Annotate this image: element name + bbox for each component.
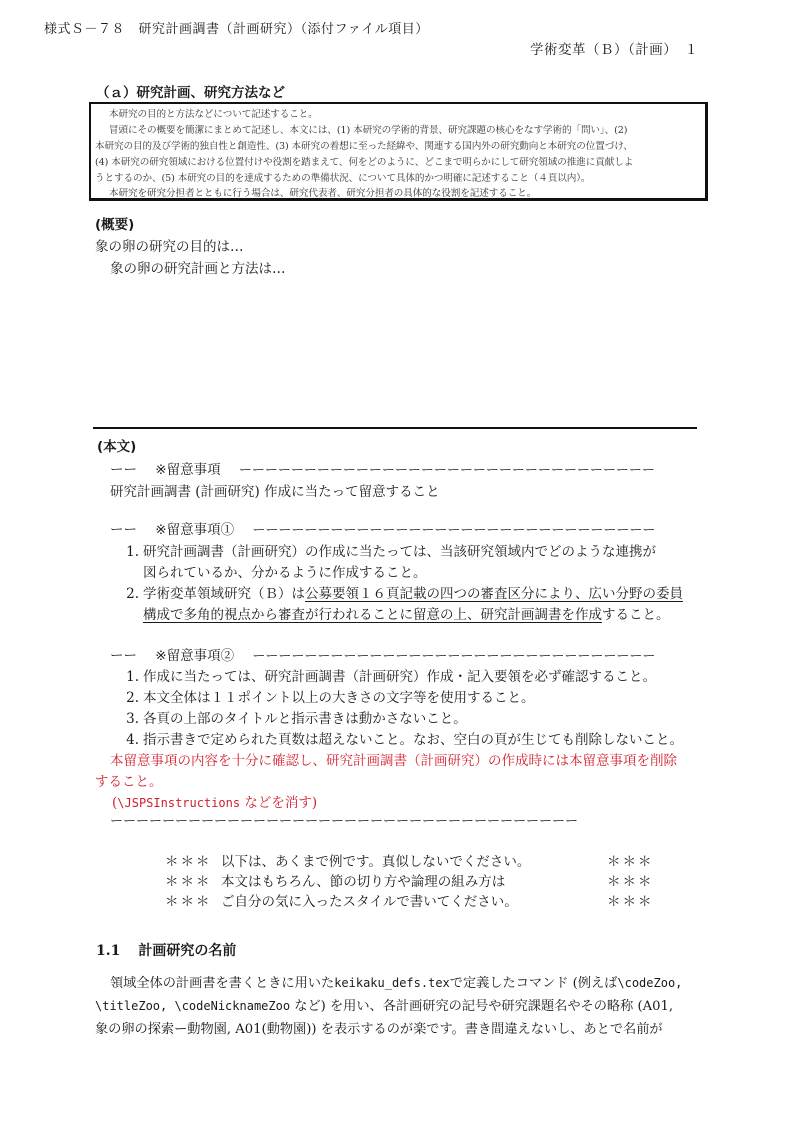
- stars-right: ＊＊＊: [607, 850, 663, 870]
- note-text: 以下は、あくまで例です。真似しないでください。: [221, 850, 607, 870]
- red-notice-line: すること。: [95, 770, 163, 790]
- item-text: 各頁の上部のタイトルと指示書きは動かさないこと。: [143, 711, 467, 727]
- item-text: 指示書きで定められた頁数は超えないこと。なお、空白の頁が生じても削除しないこと。: [143, 732, 683, 748]
- dash-prefix: ーー: [110, 462, 137, 478]
- notice1-header: ーー ※留意事項① ーーーーーーーーーーーーーーーーーーーーーーーーーーーーーー…: [110, 518, 655, 538]
- header-right-label: 学術変革（Ｂ）（計画） １: [530, 38, 699, 58]
- body-heading: (本文): [97, 435, 136, 455]
- notice2-item-2: 2.本文全体は１１ポイント以上の大きさの文字等を使用すること。: [117, 686, 535, 706]
- item-text: 研究計画調書（計画研究）の作成に当たっては、当該研究領域内でどのような連携が: [143, 544, 656, 560]
- instruction-line: 本研究の目的と方法などについて記述すること。: [109, 106, 318, 120]
- notice-header: ーー ※留意事項 ーーーーーーーーーーーーーーーーーーーーーーーーーーーーーーー…: [110, 458, 655, 478]
- item-text-underlined: 構成で多角的視点から審査が行われることに留意の上、研究計画調書を作成: [143, 607, 602, 623]
- instruction-line: 本研究を研究分担者とともに行う場合は、研究代表者、研究分担者の具体的な役割を記述…: [109, 185, 536, 199]
- notice-label: ※留意事項: [155, 462, 220, 478]
- section-divider: [93, 427, 697, 429]
- notice2-item-4: 4.指示書きで定められた頁数は超えないこと。なお、空白の頁が生じても削除しないこ…: [117, 728, 683, 748]
- red-notice-line: 本留意事項の内容を十分に確認し、研究計画調書（計画研究）の作成時には本留意事項を…: [110, 749, 677, 769]
- code-command: \codeZoo,: [617, 976, 682, 990]
- code-command: \JSPSInstructions: [117, 796, 240, 810]
- item-number: 2.: [117, 586, 139, 602]
- summary-line: 象の卵の研究計画と方法は…: [110, 257, 286, 277]
- notice1-item-1: 1.研究計画調書（計画研究）の作成に当たっては、当該研究領域内でどのような連携が: [117, 540, 656, 560]
- example-note-row: ＊＊＊本文はもちろん、節の切り方や論理の組み方は＊＊＊: [165, 870, 663, 890]
- note-text: 本文はもちろん、節の切り方や論理の組み方は: [221, 870, 607, 890]
- example-note-row: ＊＊＊以下は、あくまで例です。真似しないでください。＊＊＊: [165, 850, 663, 870]
- item-text-underlined: 公募要領１６頁記載の四つの審査区分により、広い分野の委員: [305, 586, 683, 602]
- dash-prefix: ーー: [110, 648, 137, 664]
- dash-line: ーーーーーーーーーーーーーーーーーーーーーーーーーーーーーーー: [252, 649, 655, 664]
- notice2-label: ※留意事項②: [155, 648, 234, 664]
- notice1-label: ※留意事項①: [155, 522, 234, 538]
- red-notice-line: (\JSPSInstructions などを消す): [112, 791, 317, 811]
- instruction-box: 本研究の目的と方法などについて記述すること。 冒頭にその概要を簡潔にまとめて記述…: [89, 102, 708, 201]
- item-number: 2.: [117, 690, 139, 706]
- subsection-heading: 1.1計画研究の名前: [96, 940, 236, 960]
- red-notice-text: などを消す): [240, 795, 317, 811]
- item-number: 1.: [117, 669, 139, 685]
- para-text: など) を用い、各計画研究の記号や研究課題名やその略称 (A01,: [290, 999, 673, 1014]
- notice1-item-2: 2.学術変革領域研究（Ｂ）は公募要領１６頁記載の四つの審査区分により、広い分野の…: [117, 582, 683, 602]
- item-number: 4.: [117, 732, 139, 748]
- item-text: すること。: [602, 607, 670, 623]
- item-text: 作成に当たっては、研究計画調書（計画研究）作成・記入要領を必ず確認すること。: [143, 669, 656, 685]
- stars-right: ＊＊＊: [607, 870, 663, 890]
- item-text: 学術変革領域研究（Ｂ）は: [143, 586, 305, 602]
- stars-left: ＊＊＊: [165, 890, 221, 910]
- code-command: \titleZoo,: [95, 999, 167, 1013]
- stars-left: ＊＊＊: [165, 870, 221, 890]
- notice2-item-3: 3.各頁の上部のタイトルと指示書きは動かさないこと。: [117, 707, 467, 727]
- para-text: で定義したコマンド (例えば: [450, 976, 618, 991]
- closing-dash-line: ーーーーーーーーーーーーーーーーーーーーーーーーーーーーーーーーーーーー: [110, 810, 578, 829]
- notice1-item-2-cont: 構成で多角的視点から審査が行われることに留意の上、研究計画調書を作成すること。: [143, 603, 670, 623]
- section-heading: （ａ）研究計画、研究方法など: [96, 81, 285, 101]
- notice2-header: ーー ※留意事項② ーーーーーーーーーーーーーーーーーーーーーーーーーーーーーー…: [110, 644, 655, 664]
- instruction-line: うとするのか、(5) 本研究の目的を達成するための準備状況、について具体的かつ明…: [95, 170, 590, 184]
- instruction-line: 冒頭にその概要を簡潔にまとめて記述し、本文には、(1) 本研究の学術的背景、研究…: [109, 122, 627, 136]
- section-title: 計画研究の名前: [138, 943, 236, 959]
- dash-line: ーーーーーーーーーーーーーーーーーーーーーーーーーーーーーーー: [252, 523, 655, 538]
- instruction-line: 本研究の目的及び学術的独自性と創造性、(3) 本研究の着想に至った経緯や、関連す…: [95, 138, 633, 152]
- dash-prefix: ーー: [110, 522, 137, 538]
- notice2-item-1: 1.作成に当たっては、研究計画調書（計画研究）作成・記入要領を必ず確認すること。: [117, 665, 656, 685]
- para-text: 領域全体の計画書を書くときに用いた: [110, 976, 334, 991]
- summary-heading: (概要): [95, 213, 134, 233]
- item-number: 1.: [117, 544, 139, 560]
- dash-line: ーーーーーーーーーーーーーーーーーーーーーーーーーーーーーーーー: [239, 463, 655, 478]
- item-number: 3.: [117, 711, 139, 727]
- summary-line: 象の卵の研究の目的は…: [95, 235, 244, 255]
- form-label: 様式Ｓ－７８ 研究計画調書（計画研究）（添付ファイル項目）: [44, 18, 429, 37]
- example-note-row: ＊＊＊ご自分の気に入ったスタイルで書いてください。＊＊＊: [165, 890, 663, 910]
- stars-right: ＊＊＊: [607, 890, 663, 910]
- code-filename: keikaku_defs.tex: [334, 976, 450, 990]
- code-command: \codeNicknameZoo: [167, 999, 290, 1013]
- item-text: 本文全体は１１ポイント以上の大きさの文字等を使用すること。: [143, 690, 535, 706]
- instruction-line: (4) 本研究の研究領域における位置付けや役割を踏まえて、何をどのように、どこま…: [95, 154, 633, 168]
- paragraph-line: \titleZoo, \codeNicknameZoo など) を用い、各計画研…: [95, 995, 673, 1014]
- stars-left: ＊＊＊: [165, 850, 221, 870]
- notice-intro: 研究計画調書 (計画研究) 作成に当たって留意すること: [110, 480, 440, 500]
- notice1-item-1-cont: 図られているか、分かるように作成すること。: [143, 561, 427, 581]
- note-text: ご自分の気に入ったスタイルで書いてください。: [221, 890, 607, 910]
- paragraph-line: 領域全体の計画書を書くときに用いたkeikaku_defs.texで定義したコマ…: [110, 972, 682, 991]
- section-number: 1.1: [96, 943, 120, 959]
- paragraph-line: 象の卵の探索ー動物園, A01(動物園)) を表示するのが楽です。書き間違えない…: [95, 1018, 663, 1037]
